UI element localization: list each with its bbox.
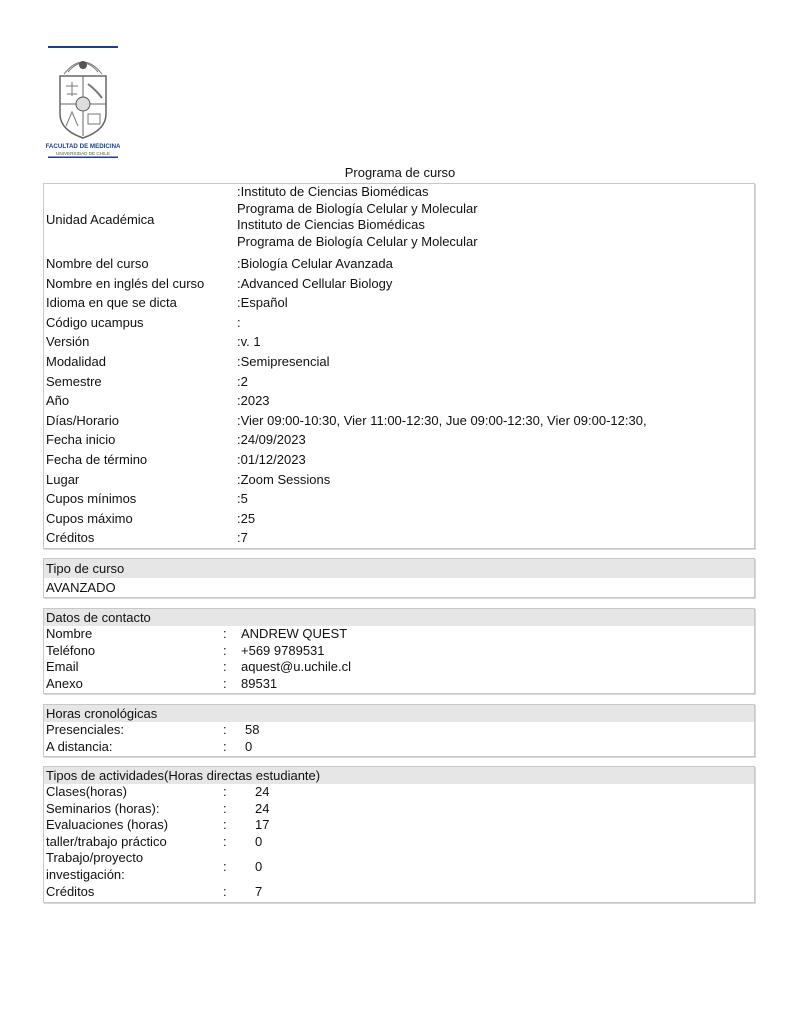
horas-row: Presenciales::58	[44, 722, 754, 739]
course-row-value: :7	[237, 528, 248, 548]
actividades-row: Evaluaciones (horas):17	[44, 817, 754, 834]
horas-row-label: Presenciales:	[44, 722, 223, 739]
actividades-row: Créditos:7	[44, 884, 754, 901]
course-row-value: :Español	[237, 293, 288, 313]
actividades-row-value: 24	[241, 784, 269, 801]
contacto-row-value: +569 9789531	[241, 643, 325, 660]
course-row-value: :v. 1	[237, 332, 261, 352]
actividades-row-label: Créditos	[44, 884, 223, 901]
actividades-row: taller/trabajo práctico:0	[44, 834, 754, 851]
actividades-row-label: Clases(horas)	[44, 784, 223, 801]
actividades-row: Clases(horas):24	[44, 784, 754, 801]
page-title: Programa de curso	[0, 165, 800, 180]
course-row-value: :	[237, 313, 241, 333]
contacto-row-label: Email	[44, 659, 223, 676]
course-row-value: :5	[237, 489, 248, 509]
actividades-row-label: Trabajo/proyecto investigación:	[44, 850, 196, 884]
course-row-value: :Vier 09:00-10:30, Vier 11:00-12:30, Jue…	[237, 411, 647, 431]
actividades-row-separator: :	[223, 834, 241, 851]
course-row: Fecha de término:01/12/2023	[44, 450, 754, 470]
activities-header: Tipos de actividades(Horas directas estu…	[44, 767, 754, 784]
svg-text:UNIVERSIDAD DE CHILE: UNIVERSIDAD DE CHILE	[56, 151, 110, 156]
course-row-label: Fecha inicio	[44, 430, 237, 450]
contacto-row-value: ANDREW QUEST	[241, 626, 347, 643]
course-row-label: Semestre	[44, 372, 237, 392]
contacto-row-separator: :	[223, 659, 241, 676]
course-row: Cupos mínimos:5	[44, 489, 754, 509]
course-row: Semestre:2	[44, 372, 754, 392]
course-row-label: Créditos	[44, 528, 237, 548]
course-row-label: Días/Horario	[44, 411, 237, 431]
hours-header: Horas cronológicas	[44, 705, 754, 722]
unidad-academica-row: Unidad Académica :Instituto de Ciencias …	[44, 184, 754, 254]
course-row-label: Código ucampus	[44, 313, 237, 333]
actividades-row-value: 0	[241, 834, 262, 851]
course-info-table: Unidad Académica :Instituto de Ciencias …	[43, 183, 755, 549]
contacto-row-label: Teléfono	[44, 643, 223, 660]
course-row-value: :2	[237, 372, 248, 392]
contacto-row-value: 89531	[241, 676, 277, 693]
actividades-row-separator: :	[223, 801, 241, 818]
horas-row-label: A distancia:	[44, 739, 223, 756]
course-row: Año:2023	[44, 391, 754, 411]
contacto-row-separator: :	[223, 643, 241, 660]
actividades-row: Trabajo/proyecto investigación::0	[44, 850, 754, 884]
course-row: Créditos:7	[44, 528, 754, 548]
horas-row-value: 58	[241, 722, 259, 739]
course-row-label: Lugar	[44, 470, 237, 490]
horas-row-separator: :	[223, 722, 241, 739]
contacto-row-label: Nombre	[44, 626, 223, 643]
course-row-label: Nombre del curso	[44, 254, 237, 274]
course-row: Cupos máximo:25	[44, 509, 754, 529]
faculty-logo: FACULTAD DE MEDICINA UNIVERSIDAD DE CHIL…	[46, 46, 120, 158]
contacto-row-separator: :	[223, 676, 241, 693]
contacto-row: Nombre:ANDREW QUEST	[44, 626, 754, 643]
tipo-curso-section: Tipo de curso AVANZADO	[43, 558, 755, 598]
actividades-row-value: 24	[241, 801, 269, 818]
course-row-label: Nombre en inglés del curso	[44, 274, 237, 294]
contacto-row-label: Anexo	[44, 676, 223, 693]
contacto-row: Teléfono:+569 9789531	[44, 643, 754, 660]
course-row: Versión:v. 1	[44, 332, 754, 352]
course-row: Modalidad:Semipresencial	[44, 352, 754, 372]
contacto-row: Anexo:89531	[44, 676, 754, 693]
actividades-row-separator: :	[223, 850, 241, 884]
course-row: Lugar:Zoom Sessions	[44, 470, 754, 490]
actividades-row-label: Seminarios (horas):	[44, 801, 223, 818]
course-row: Idioma en que se dicta:Español	[44, 293, 754, 313]
course-row-value: :Semipresencial	[237, 352, 330, 372]
actividades-row-separator: :	[223, 817, 241, 834]
course-row-value: :24/09/2023	[237, 430, 306, 450]
course-row: Nombre del curso:Biología Celular Avanza…	[44, 254, 754, 274]
hours-section: Horas cronológicas Presenciales::58A dis…	[43, 704, 755, 757]
contact-section: Datos de contacto Nombre:ANDREW QUESTTel…	[43, 608, 755, 694]
activities-section: Tipos de actividades(Horas directas estu…	[43, 766, 755, 903]
actividades-row-label: Evaluaciones (horas)	[44, 817, 223, 834]
contacto-row: Email:aquest@u.uchile.cl	[44, 659, 754, 676]
course-row-value: :Biología Celular Avanzada	[237, 254, 393, 274]
contact-header: Datos de contacto	[44, 609, 754, 626]
course-row-value: :25	[237, 509, 255, 529]
course-row: Días/Horario:Vier 09:00-10:30, Vier 11:0…	[44, 411, 754, 431]
actividades-row: Seminarios (horas)::24	[44, 801, 754, 818]
svg-text:FACULTAD DE MEDICINA: FACULTAD DE MEDICINA	[46, 143, 120, 150]
actividades-row-value: 7	[241, 884, 262, 901]
course-row-label: Año	[44, 391, 237, 411]
course-row-label: Fecha de término	[44, 450, 237, 470]
course-row-label: Modalidad	[44, 352, 237, 372]
course-row: Fecha inicio:24/09/2023	[44, 430, 754, 450]
course-row-value: :Zoom Sessions	[237, 470, 330, 490]
actividades-row-separator: :	[223, 884, 241, 901]
course-row: Nombre en inglés del curso:Advanced Cell…	[44, 274, 754, 294]
unidad-academica-value: :Instituto de Ciencias Biomédicas Progra…	[237, 184, 478, 254]
horas-row-value: 0	[241, 739, 252, 756]
contacto-row-separator: :	[223, 626, 241, 643]
course-row-label: Versión	[44, 332, 237, 352]
course-row-label: Idioma en que se dicta	[44, 293, 237, 313]
course-row-value: :Advanced Cellular Biology	[237, 274, 392, 294]
course-row-label: Cupos máximo	[44, 509, 237, 529]
unidad-academica-label: Unidad Académica	[44, 184, 237, 254]
actividades-row-separator: :	[223, 784, 241, 801]
horas-row-separator: :	[223, 739, 241, 756]
contacto-row-value: aquest@u.uchile.cl	[241, 659, 351, 676]
horas-row: A distancia::0	[44, 739, 754, 756]
tipo-curso-value: AVANZADO	[44, 578, 754, 597]
actividades-row-label: taller/trabajo práctico	[44, 834, 223, 851]
actividades-row-value: 17	[241, 817, 269, 834]
course-row-label: Cupos mínimos	[44, 489, 237, 509]
actividades-row-value: 0	[241, 850, 262, 884]
course-row-value: :01/12/2023	[237, 450, 306, 470]
course-row: Código ucampus:	[44, 313, 754, 333]
tipo-curso-header: Tipo de curso	[44, 559, 754, 578]
course-row-value: :2023	[237, 391, 270, 411]
